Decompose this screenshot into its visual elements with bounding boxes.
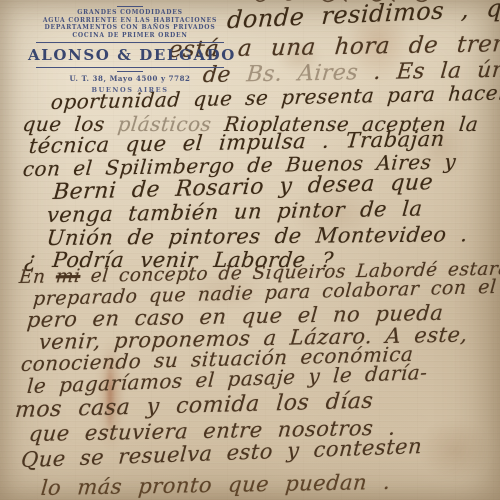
letterhead-amenity-3: DEPARTAMENTOS CON BAÑOS PRIVADOS bbox=[28, 24, 232, 32]
city-line: BUENOS AIRES bbox=[28, 86, 232, 94]
handwritten-line: donde residimos , que bbox=[226, 0, 500, 34]
paper-blotch bbox=[420, 420, 490, 480]
letterhead-top-dash bbox=[117, 6, 143, 7]
letterhead-rule-bottom bbox=[36, 67, 224, 68]
company-name: ALONSO & DELGADO bbox=[28, 46, 232, 64]
handwritten-line: lo más pronto que puedan . bbox=[40, 470, 392, 500]
letterhead-rule-top bbox=[36, 42, 224, 43]
letterhead-mid-dash bbox=[117, 71, 143, 72]
letterhead-amenity-1: GRANDES COMODIDADES bbox=[28, 9, 232, 17]
handwritten-line: Unión de pintores de Montevideo . bbox=[46, 222, 469, 250]
letterhead-amenity-4: COCINA DE PRIMER ORDEN bbox=[28, 32, 232, 40]
struck-word: mi bbox=[55, 266, 81, 287]
letter-page: GRANDES COMODIDADES AGUA CORRIENTE EN LA… bbox=[0, 0, 500, 500]
letterhead: GRANDES COMODIDADES AGUA CORRIENTE EN LA… bbox=[28, 4, 232, 94]
letterhead-amenity-2: AGUA CORRIENTE EN LAS HABITACIONES bbox=[28, 17, 232, 25]
phone-line: U. T. 38, Mayo 4500 y 7782 bbox=[28, 74, 232, 83]
